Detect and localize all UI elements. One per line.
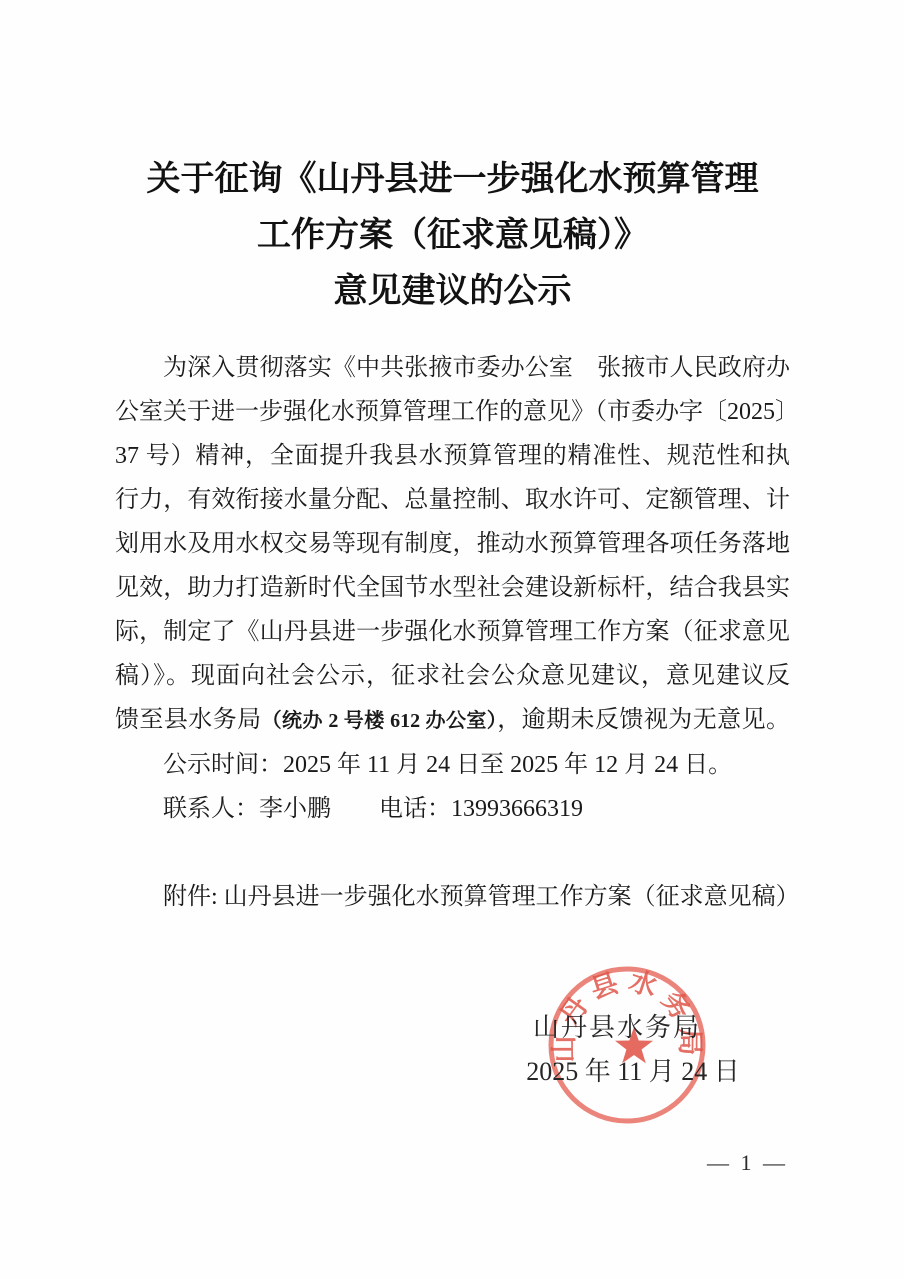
title-line-3: 意见建议的公示: [115, 264, 790, 320]
feedback-post-text: ，逾期未反馈视为无意见。: [497, 707, 790, 733]
paragraph-line: 37 号）精神，全面提升我县水预算管理的精准性、规范性和执: [115, 434, 790, 478]
document-title: 关于征询《山丹县进一步强化水预算管理 工作方案（征求意见稿）》 意见建议的公示: [115, 152, 790, 320]
notice-time-line: 公示时间：2025 年 11 月 24 日至 2025 年 12 月 24 日。: [115, 743, 790, 787]
paragraph-line: 见效，助力打造新时代全国节水型社会建设新标杆，结合我县实: [115, 566, 790, 610]
paragraph-line: 公室关于进一步强化水预算管理工作的意见》（市委办字〔2025〕: [115, 390, 790, 434]
office-location-bold: （统办 2 号楼 612 办公室）: [262, 710, 498, 732]
paragraph-line: 划用水及用水权交易等现有制度，推动水预算管理各项任务落地: [115, 522, 790, 566]
signature-org: 山丹县水务局: [517, 1013, 717, 1043]
document-body: 为深入贯彻落实《中共张掖市委办公室 张掖市人民政府办 公室关于进一步强化水预算管…: [115, 346, 790, 919]
page-number: — 1 —: [690, 1150, 805, 1176]
feedback-pre-text: 馈至县水务局: [115, 707, 262, 733]
paragraph-line: 为深入贯彻落实《中共张掖市委办公室 张掖市人民政府办: [115, 346, 790, 390]
attachment-line: 附件: 山丹县进一步强化水预算管理工作方案（征求意见稿）: [115, 875, 790, 919]
official-seal: 山丹县水务局: [527, 945, 727, 1145]
signature-date: 2025 年 11 月 24 日: [518, 1057, 748, 1087]
document-page: 关于征询《山丹县进一步强化水预算管理 工作方案（征求意见稿）》 意见建议的公示 …: [0, 0, 904, 1279]
title-line-2: 工作方案（征求意见稿）》: [115, 208, 790, 264]
paragraph-line: 稿）》。现面向社会公示，征求社会公众意见建议，意见建议反: [115, 654, 790, 698]
paragraph-line: 际，制定了《山丹县进一步强化水预算管理工作方案（征求意见: [115, 610, 790, 654]
paragraph-line: 行力，有效衔接水量分配、总量控制、取水许可、定额管理、计: [115, 478, 790, 522]
title-line-1: 关于征询《山丹县进一步强化水预算管理: [115, 152, 790, 208]
contact-line: 联系人：李小鹏 电话：13993666319: [115, 787, 790, 831]
feedback-line: 馈至县水务局（统办 2 号楼 612 办公室），逾期未反馈视为无意见。: [115, 698, 790, 743]
seal-graphic: 山丹县水务局: [527, 945, 727, 1145]
